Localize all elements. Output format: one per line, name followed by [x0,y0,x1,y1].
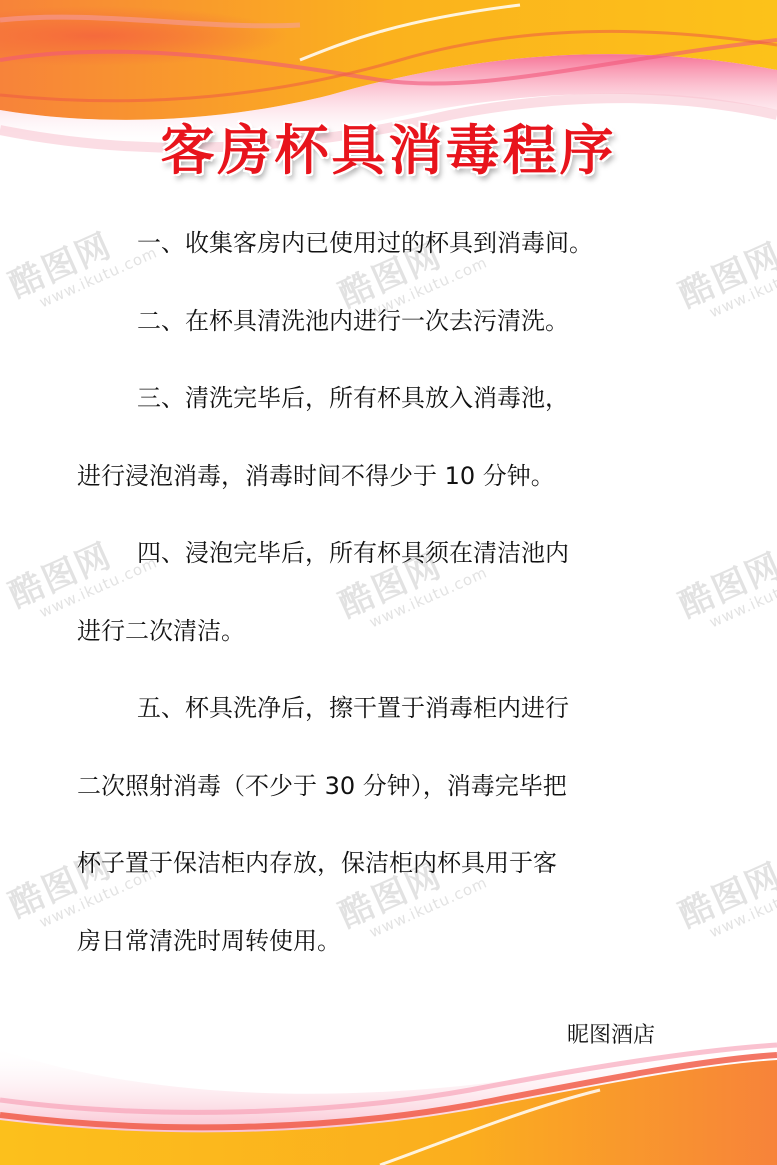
watermark: 酷图网www.ikutu.com [670,212,777,329]
poster: 酷图网www.ikutu.com 酷图网www.ikutu.com 酷图网www… [0,0,777,1165]
hotel-signature: 昵图酒店 [567,1018,655,1049]
procedure-line: 进行浸泡消毒，消毒时间不得少于 10 分钟。 [77,451,662,529]
procedure-line: 杯子置于保洁柜内存放，保洁柜内杯具用于客 [77,838,662,916]
procedure-line: 二次照射消毒（不少于 30 分钟），消毒完毕把 [77,761,662,839]
procedure-line: 三、清洗完毕后，所有杯具放入消毒池， [77,373,662,451]
bottom-decorative-wave [0,990,777,1165]
procedure-body: 一、收集客房内已使用过的杯具到消毒间。 二、在杯具清洗池内进行一次去污清洗。 三… [77,218,662,993]
procedure-line: 五、杯具洗净后，擦干置于消毒柜内进行 [77,683,662,761]
watermark: 酷图网www.ikutu.com [670,832,777,949]
procedure-line: 进行二次清洁。 [77,606,662,684]
procedure-line: 一、收集客房内已使用过的杯具到消毒间。 [77,218,662,296]
procedure-line: 四、浸泡完毕后，所有杯具须在清洁池内 [77,528,662,606]
procedure-line: 房日常清洗时周转使用。 [77,916,662,994]
procedure-line: 二、在杯具清洗池内进行一次去污清洗。 [77,296,662,374]
watermark: 酷图网www.ikutu.com [670,522,777,639]
document-title: 客房杯具消毒程序 [0,108,777,185]
